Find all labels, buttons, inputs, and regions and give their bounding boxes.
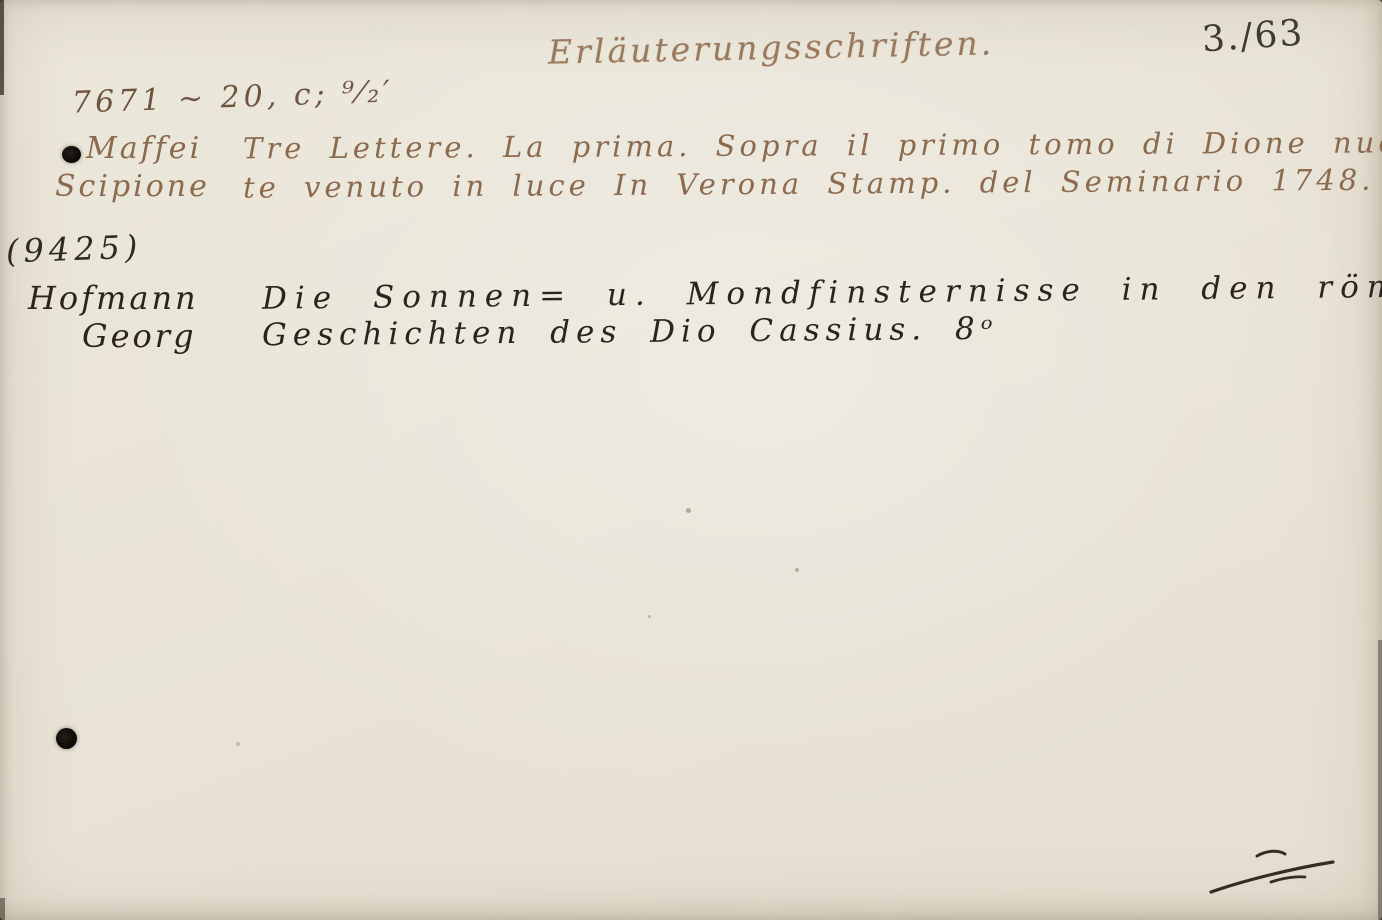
catalog-card: Erläuterungsschriften. 3./63 7671 ~ 20, … xyxy=(0,0,1382,920)
scan-edge-artifact xyxy=(0,898,5,920)
entry2-title-line2: Geschichten des Dio Cassius. 8ᵒ xyxy=(262,311,999,353)
punch-hole-top xyxy=(62,146,81,163)
entry2-number: (9425) xyxy=(5,228,143,271)
ink-speck xyxy=(795,568,799,572)
shelfmark: 7671 ~ 20, c; ⁹⁄₂′ xyxy=(71,74,394,120)
ink-flourish-mark xyxy=(1205,840,1345,905)
entry1-title-line2: te venuto in luce In Verona Stamp. del S… xyxy=(243,161,1382,204)
ink-speck xyxy=(648,615,651,618)
entry1-title-line1: Tre Lettere. La prima. Sopra il primo to… xyxy=(243,125,1382,166)
entry1-author-surname: Maffei xyxy=(86,131,202,166)
entry2-author-forename: Georg xyxy=(82,317,197,355)
entry2-title-line1: Die Sonnen= u. Mondfinsternisse in den r… xyxy=(262,267,1382,317)
scan-edge-artifact xyxy=(0,0,4,95)
ink-speck xyxy=(686,508,691,513)
ink-speck xyxy=(236,742,240,746)
entry2-author-surname: Hofmann xyxy=(28,279,199,317)
card-heading: Erläuterungsschriften. xyxy=(548,23,995,71)
entry1-author-forename: Scipione xyxy=(55,169,210,204)
scan-edge-artifact xyxy=(1378,640,1382,920)
corner-number: 3./63 xyxy=(1201,12,1306,60)
punch-hole-bottom xyxy=(56,728,77,749)
